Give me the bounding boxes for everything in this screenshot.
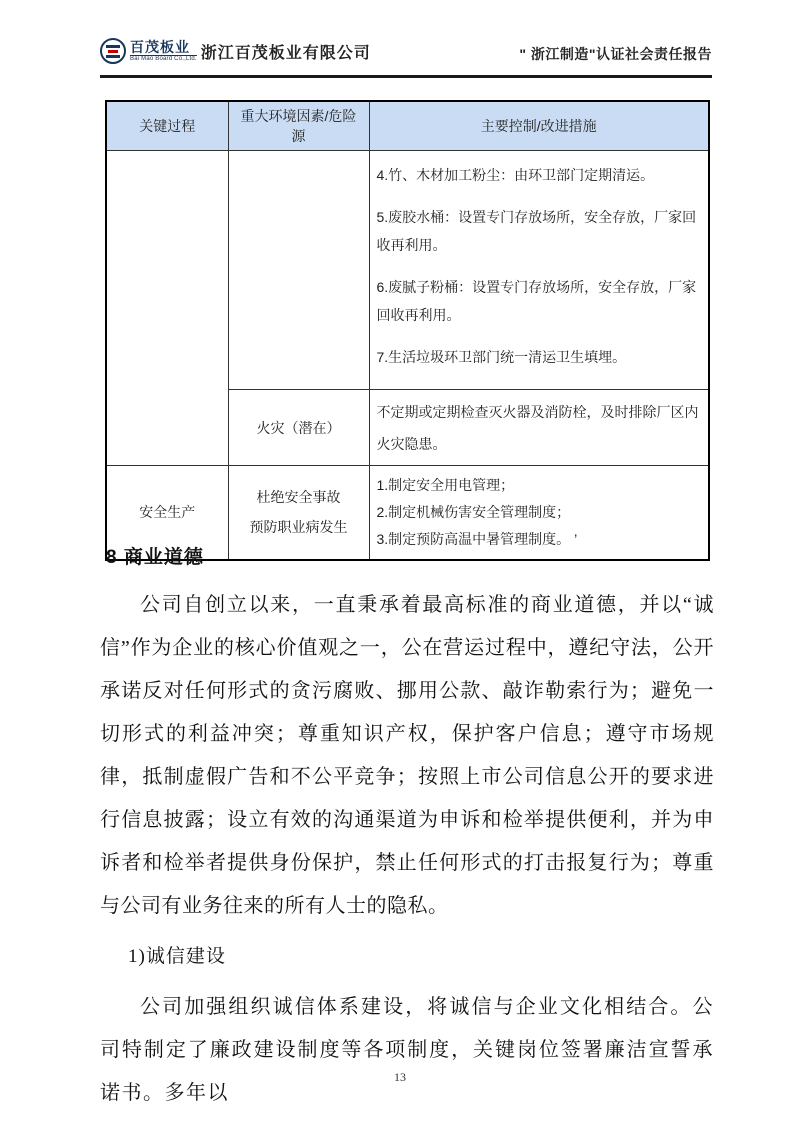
integrity-paragraph: 公司加强组织诚信体系建设，将诚信与企业文化相结合。公司特制定了廉政建设制度等各项… <box>100 986 714 1115</box>
brand-text-block: 百茂板业 Bai Mao Board Co.,Ltd. <box>130 40 197 62</box>
brand-name-cn: 百茂板业 <box>130 40 197 56</box>
measure-item: 4.竹、木材加工粉尘：由环卫部门定期清运。 <box>377 161 702 189</box>
document-header: 百茂板业 Bai Mao Board Co.,Ltd. 浙江百茂板业有限公司 "… <box>100 38 712 64</box>
cell-factor-fire: 火灾（潜在） <box>228 390 369 466</box>
table-row: 4.竹、木材加工粉尘：由环卫部门定期清运。 5.废胶水桶：设置专门存放场所，安全… <box>106 151 709 390</box>
page-number: 13 <box>0 1070 800 1085</box>
factor-line: 杜绝安全事故 <box>236 482 362 512</box>
column-header-key-process: 关键过程 <box>106 101 228 151</box>
report-title: " 浙江制造"认证社会责任报告 <box>519 44 712 64</box>
cell-measures-fire: 不定期或定期检查灭火器及消防栓，及时排除厂区内火灾隐患。 <box>369 390 709 466</box>
cell-measures-waste: 4.竹、木材加工粉尘：由环卫部门定期清运。 5.废胶水桶：设置专门存放场所，安全… <box>369 151 709 390</box>
measure-item: 5.废胶水桶：设置专门存放场所，安全存放，厂家回收再利用。 <box>377 203 702 259</box>
section-heading: 8 商业道德 <box>106 542 714 569</box>
company-logo-icon <box>100 38 126 64</box>
column-header-factor: 重大环境因素/危险源 <box>228 101 369 151</box>
measure-item: 6.废腻子粉桶：设置专门存放场所，安全存放，厂家回收再利用。 <box>377 273 702 329</box>
measure-item: 不定期或定期检查灭火器及消防栓，及时排除厂区内火灾隐患。 <box>377 396 702 460</box>
company-brand: 百茂板业 Bai Mao Board Co.,Ltd. 浙江百茂板业有限公司 <box>100 38 371 64</box>
brand-name-en: Bai Mao Board Co.,Ltd. <box>130 56 197 62</box>
section-business-ethics: 8 商业道德 公司自创立以来，一直秉承着最高标准的商业道德，并以“诚信”作为企业… <box>100 542 714 1115</box>
hazard-control-table: 关键过程 重大环境因素/危险源 主要控制/改进措施 4.竹、木材加工粉尘：由环卫… <box>105 100 710 561</box>
subsection-heading-integrity: 1)诚信建设 <box>128 941 714 968</box>
measure-item: 1.制定安全用电管理； <box>377 472 702 499</box>
measure-item: 2.制定机械伤害安全管理制度； <box>377 499 702 526</box>
header-divider <box>100 75 712 78</box>
ethics-paragraph: 公司自创立以来，一直秉承着最高标准的商业道德，并以“诚信”作为企业的核心价值观之… <box>100 584 714 928</box>
measure-item: 7.生活垃圾环卫部门统一清运卫生填埋。 <box>377 343 702 371</box>
company-name: 浙江百茂板业有限公司 <box>201 40 371 63</box>
column-header-measures: 主要控制/改进措施 <box>369 101 709 151</box>
cell-factor-empty <box>228 151 369 390</box>
document-page: 百茂板业 Bai Mao Board Co.,Ltd. 浙江百茂板业有限公司 "… <box>0 0 800 1131</box>
cell-key-process-merged <box>106 151 228 466</box>
factor-line: 预防职业病发生 <box>236 512 362 542</box>
table-header-row: 关键过程 重大环境因素/危险源 主要控制/改进措施 <box>106 101 709 151</box>
